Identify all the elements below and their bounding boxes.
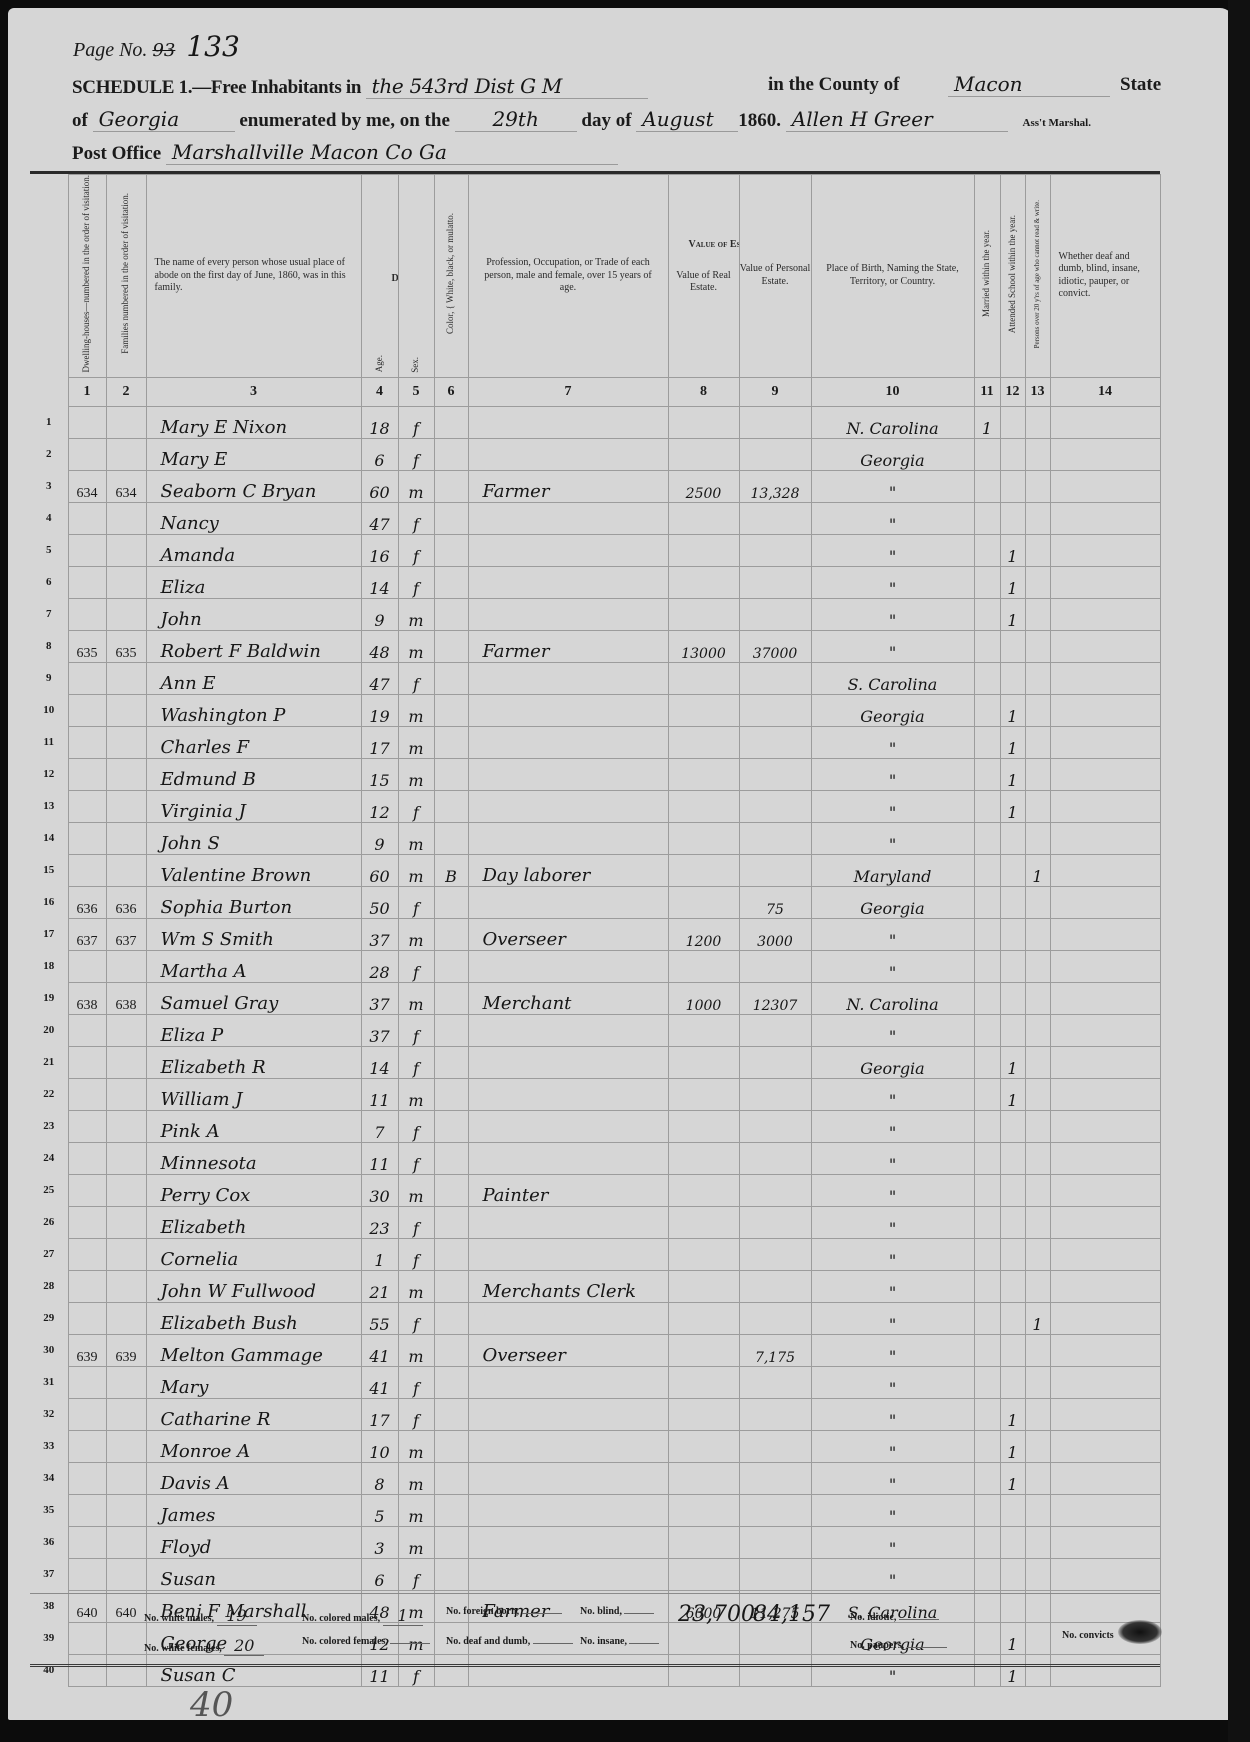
sex: m: [398, 1334, 434, 1366]
person-name: Floyd: [146, 1526, 361, 1558]
birthplace: ": [811, 1430, 974, 1462]
age: 41: [361, 1366, 398, 1398]
illiterate-mark: [1025, 1206, 1050, 1238]
sex: f: [398, 502, 434, 534]
occupation: [468, 438, 668, 470]
personal-estate-value: [739, 758, 811, 790]
line-number: 8: [30, 630, 68, 662]
illiterate-mark: [1025, 630, 1050, 662]
color: [434, 406, 468, 438]
condition: [1050, 662, 1160, 694]
school-mark: [1000, 918, 1025, 950]
illiterate-mark: 1: [1025, 1302, 1050, 1334]
age: 37: [361, 1014, 398, 1046]
color: [434, 1558, 468, 1590]
person-name: Mary E Nixon: [146, 406, 361, 438]
insane-summary: No. insane,: [580, 1636, 659, 1647]
person-name: Mary: [146, 1366, 361, 1398]
line-number: 19: [30, 982, 68, 1014]
age: 47: [361, 662, 398, 694]
real-estate-value: 1200: [668, 918, 739, 950]
personal-estate-value: [739, 950, 811, 982]
illiterate-mark: [1025, 1398, 1050, 1430]
real-estate-value: [668, 1366, 739, 1398]
family-number: [106, 1174, 146, 1206]
married-mark: [974, 1462, 1000, 1494]
family-number: [106, 854, 146, 886]
real-estate-value: [668, 1014, 739, 1046]
color: [434, 1462, 468, 1494]
occupation: [468, 886, 668, 918]
school-mark: [1000, 1494, 1025, 1526]
condition: [1050, 1462, 1160, 1494]
color: [434, 758, 468, 790]
colnum: 3: [146, 377, 361, 406]
married-mark: [974, 1302, 1000, 1334]
real-estate-value: [668, 1270, 739, 1302]
illiterate-mark: [1025, 662, 1050, 694]
real-estate-value: [668, 1206, 739, 1238]
sex: f: [398, 950, 434, 982]
line-number: 17: [30, 918, 68, 950]
illiterate-mark: [1025, 758, 1050, 790]
occupation: [468, 534, 668, 566]
occupation: [468, 1462, 668, 1494]
real-estate-value: [668, 758, 739, 790]
birthplace: Maryland: [811, 854, 974, 886]
sex: m: [398, 470, 434, 502]
line-number: 6: [30, 566, 68, 598]
table-row: 15Valentine Brown60mBDay laborerMaryland…: [30, 854, 1160, 886]
table-row: 9Ann E47fS. Carolina9: [30, 662, 1160, 694]
married-mark: [974, 630, 1000, 662]
colnum: 4: [361, 377, 398, 406]
school-mark: 1: [1000, 1462, 1025, 1494]
line-number: 22: [30, 1078, 68, 1110]
condition: [1050, 1206, 1160, 1238]
birthplace: ": [811, 1014, 974, 1046]
sex: f: [398, 1398, 434, 1430]
birthplace: ": [811, 1398, 974, 1430]
sex: f: [398, 1142, 434, 1174]
family-number: [106, 1398, 146, 1430]
line-number: 30: [30, 1334, 68, 1366]
occupation: Merchant: [468, 982, 668, 1014]
line-number: 14: [30, 822, 68, 854]
married-mark: [974, 726, 1000, 758]
color: [434, 598, 468, 630]
family-number: [106, 726, 146, 758]
header-family: Families numbered in the order of visita…: [106, 175, 146, 378]
dwelling-number: [68, 406, 106, 438]
table-row: 17637637Wm S Smith37mOverseer12003000"17: [30, 918, 1160, 950]
person-name: Samuel Gray: [146, 982, 361, 1014]
person-name: Ann E: [146, 662, 361, 694]
family-number: [106, 662, 146, 694]
condition: [1050, 758, 1160, 790]
married-mark: [974, 1110, 1000, 1142]
line-number: 25: [30, 1174, 68, 1206]
sex: m: [398, 1494, 434, 1526]
birthplace: Georgia: [811, 694, 974, 726]
birthplace: ": [811, 726, 974, 758]
colored-females-count: [390, 1643, 430, 1644]
person-name: John W Fullwood: [146, 1270, 361, 1302]
family-number: [106, 598, 146, 630]
illiterate-mark: [1025, 534, 1050, 566]
illiterate-mark: [1025, 406, 1050, 438]
family-number: 635: [106, 630, 146, 662]
personal-estate-value: [739, 502, 811, 534]
occupation: [468, 566, 668, 598]
real-estate-value: [668, 1174, 739, 1206]
dwelling-number: [68, 534, 106, 566]
sex: f: [398, 438, 434, 470]
married-mark: [974, 598, 1000, 630]
table-row: 21Elizabeth R14fGeorgia121: [30, 1046, 1160, 1078]
dwelling-number: [68, 1526, 106, 1558]
condition: [1050, 1014, 1160, 1046]
color: [434, 886, 468, 918]
person-name: Sophia Burton: [146, 886, 361, 918]
real-estate-value: [668, 1398, 739, 1430]
table-row: 36Floyd3m"36: [30, 1526, 1160, 1558]
married-mark: 1: [974, 406, 1000, 438]
person-name: Wm S Smith: [146, 918, 361, 950]
married-mark: [974, 1014, 1000, 1046]
tally-number: 40: [190, 1685, 233, 1725]
person-name: Elizabeth Bush: [146, 1302, 361, 1334]
family-number: 634: [106, 470, 146, 502]
personal-estate-value: [739, 1110, 811, 1142]
birthplace: ": [811, 918, 974, 950]
school-mark: [1000, 982, 1025, 1014]
illiterate-mark: [1025, 1430, 1050, 1462]
white-females-count: 20: [224, 1636, 264, 1656]
color: [434, 1366, 468, 1398]
condition: [1050, 726, 1160, 758]
birthplace: ": [811, 1302, 974, 1334]
county-field: Macon: [948, 72, 1110, 97]
line-number: 36: [30, 1526, 68, 1558]
family-number: 638: [106, 982, 146, 1014]
real-estate-value: [668, 886, 739, 918]
month-field: August: [636, 107, 738, 132]
married-mark: [974, 982, 1000, 1014]
married-mark: [974, 1206, 1000, 1238]
colnum: 6: [434, 377, 468, 406]
sex: m: [398, 758, 434, 790]
foreign-born-summary: No. foreign born,: [446, 1606, 562, 1617]
person-name: Perry Cox: [146, 1174, 361, 1206]
color: [434, 438, 468, 470]
age: 37: [361, 982, 398, 1014]
dwelling-number: [68, 662, 106, 694]
school-mark: [1000, 470, 1025, 502]
family-number: [106, 694, 146, 726]
school-mark: 1: [1000, 1398, 1025, 1430]
sex: f: [398, 886, 434, 918]
birthplace: Georgia: [811, 886, 974, 918]
person-name: Davis A: [146, 1462, 361, 1494]
color: [434, 918, 468, 950]
birthplace: ": [811, 630, 974, 662]
illiterate-mark: [1025, 1462, 1050, 1494]
real-estate-value: [668, 1526, 739, 1558]
table-row: 26Elizabeth23f"26: [30, 1206, 1160, 1238]
color: [434, 630, 468, 662]
illiterate-mark: [1025, 982, 1050, 1014]
age: 23: [361, 1206, 398, 1238]
line-number: 35: [30, 1494, 68, 1526]
personal-estate-value: [739, 406, 811, 438]
birthplace: ": [811, 1462, 974, 1494]
header-real-estate: Value of Estate Owned. Value of Real Est…: [668, 175, 739, 378]
occupation: [468, 950, 668, 982]
sex: f: [398, 1206, 434, 1238]
school-mark: [1000, 886, 1025, 918]
illiterate-mark: [1025, 438, 1050, 470]
age: 37: [361, 918, 398, 950]
family-number: [106, 1430, 146, 1462]
school-mark: 1: [1000, 1078, 1025, 1110]
white-females-summary: No. white females, 20: [144, 1636, 264, 1656]
age: 17: [361, 726, 398, 758]
line-number: 7: [30, 598, 68, 630]
personal-estate-value: [739, 790, 811, 822]
married-mark: [974, 1142, 1000, 1174]
dwelling-number: [68, 1206, 106, 1238]
school-mark: 1: [1000, 1046, 1025, 1078]
age: 55: [361, 1302, 398, 1334]
age: 28: [361, 950, 398, 982]
post-office-label: Post Office: [72, 143, 161, 164]
married-mark: [974, 662, 1000, 694]
person-name: Susan: [146, 1558, 361, 1590]
real-estate-value: [668, 1046, 739, 1078]
table-row: 8635635Robert F Baldwin48mFarmer13000370…: [30, 630, 1160, 662]
line-number: 37: [30, 1558, 68, 1590]
illiterate-mark: [1025, 950, 1050, 982]
line-number: 5: [30, 534, 68, 566]
illiterate-mark: [1025, 470, 1050, 502]
dwelling-number: 634: [68, 470, 106, 502]
table-row: 5Amanda16f"15: [30, 534, 1160, 566]
dwelling-number: [68, 1302, 106, 1334]
condition: [1050, 1526, 1160, 1558]
illiterate-mark: [1025, 1110, 1050, 1142]
occupation: [468, 1494, 668, 1526]
family-number: [106, 1110, 146, 1142]
table-row: 1Mary E Nixon18fN. Carolina11: [30, 406, 1160, 438]
condition: [1050, 1238, 1160, 1270]
family-number: [106, 1046, 146, 1078]
personal-estate-value: [739, 566, 811, 598]
married-mark: [974, 822, 1000, 854]
birthplace: ": [811, 1110, 974, 1142]
table-row: 34Davis A8m"134: [30, 1462, 1160, 1494]
column-numbers: 1 2 3 4 5 6 7 8 9 10 11 12 13 14: [30, 377, 1160, 406]
real-estate-value: [668, 822, 739, 854]
person-name: Robert F Baldwin: [146, 630, 361, 662]
table-row: 25Perry Cox30mPainter"25: [30, 1174, 1160, 1206]
illiterate-mark: [1025, 726, 1050, 758]
family-number: [106, 566, 146, 598]
age: 6: [361, 438, 398, 470]
condition: [1050, 1430, 1160, 1462]
age: 9: [361, 822, 398, 854]
family-number: [106, 1526, 146, 1558]
page-edge-shadow: [1228, 0, 1250, 1742]
line-number: 1: [30, 406, 68, 438]
color: [434, 1110, 468, 1142]
color: [434, 502, 468, 534]
married-mark: [974, 1334, 1000, 1366]
real-estate-value: [668, 1302, 739, 1334]
illiterate-mark: [1025, 822, 1050, 854]
colored-females-summary: No. colored females,: [302, 1636, 430, 1647]
real-estate-value: [668, 534, 739, 566]
deaf-dumb-summary: No. deaf and dumb,: [446, 1636, 573, 1647]
school-mark: 1: [1000, 534, 1025, 566]
colnum: 2: [106, 377, 146, 406]
dwelling-number: [68, 1238, 106, 1270]
line-number: 33: [30, 1430, 68, 1462]
condition: [1050, 886, 1160, 918]
age: 8: [361, 1462, 398, 1494]
school-mark: [1000, 822, 1025, 854]
condition: [1050, 406, 1160, 438]
dwelling-number: [68, 1494, 106, 1526]
sex: m: [398, 1430, 434, 1462]
table-row: 31Mary41f"31: [30, 1366, 1160, 1398]
married-mark: [974, 1398, 1000, 1430]
married-mark: [974, 1270, 1000, 1302]
real-estate-value: [668, 1334, 739, 1366]
person-name: Martha A: [146, 950, 361, 982]
real-estate-value: [668, 854, 739, 886]
person-name: Cornelia: [146, 1238, 361, 1270]
birthplace: ": [811, 790, 974, 822]
person-name: Nancy: [146, 502, 361, 534]
occupation: [468, 822, 668, 854]
personal-estate-value: [739, 1174, 811, 1206]
line-number: 23: [30, 1110, 68, 1142]
real-estate-value: [668, 1110, 739, 1142]
line-number: 15: [30, 854, 68, 886]
real-estate-value: 13000: [668, 630, 739, 662]
birthplace: ": [811, 758, 974, 790]
dwelling-number: 639: [68, 1334, 106, 1366]
marshal-name-field: Allen H Greer: [786, 107, 1008, 132]
birthplace: Georgia: [811, 1046, 974, 1078]
person-name: John: [146, 598, 361, 630]
table-row: 27Cornelia1f"27: [30, 1238, 1160, 1270]
table-row: 23Pink A7f"23: [30, 1110, 1160, 1142]
header-condition: Whether deaf and dumb, blind, insane, id…: [1050, 175, 1160, 378]
dwelling-number: 638: [68, 982, 106, 1014]
married-mark: [974, 1078, 1000, 1110]
dwelling-number: [68, 1014, 106, 1046]
sex: f: [398, 1302, 434, 1334]
enumeration-line: of Georgia enumerated by me, on the 29th…: [72, 107, 1091, 132]
school-mark: [1000, 406, 1025, 438]
personal-estate-value: [739, 694, 811, 726]
dwelling-number: [68, 502, 106, 534]
post-office-field: Marshallville Macon Co Ga: [166, 140, 618, 165]
personal-estate-value: 13,328: [739, 470, 811, 502]
age: 48: [361, 630, 398, 662]
person-name: Minnesota: [146, 1142, 361, 1174]
occupation: [468, 1014, 668, 1046]
occupation: [468, 1078, 668, 1110]
sex: m: [398, 630, 434, 662]
condition: [1050, 1398, 1160, 1430]
school-mark: [1000, 1206, 1025, 1238]
condition: [1050, 438, 1160, 470]
married-mark: [974, 886, 1000, 918]
dwelling-number: [68, 438, 106, 470]
color: [434, 1046, 468, 1078]
occupation: [468, 694, 668, 726]
condition: [1050, 1302, 1160, 1334]
age: 16: [361, 534, 398, 566]
personal-estate-value: [739, 438, 811, 470]
line-number: 31: [30, 1366, 68, 1398]
dwelling-number: [68, 726, 106, 758]
sex: f: [398, 1110, 434, 1142]
married-mark: [974, 1526, 1000, 1558]
sex: m: [398, 822, 434, 854]
estate-group-label: Value of Estate Owned.: [689, 239, 740, 252]
personal-estate-value: [739, 822, 811, 854]
year-label: 1860.: [738, 110, 781, 131]
birthplace: ": [811, 1270, 974, 1302]
line-number: 16: [30, 886, 68, 918]
family-number: [106, 1014, 146, 1046]
line-number: 11: [30, 726, 68, 758]
school-mark: [1000, 1014, 1025, 1046]
white-males-summary: No. white males, 19: [144, 1606, 257, 1626]
personal-estate-value: [739, 1494, 811, 1526]
occupation: [468, 662, 668, 694]
occupation: [468, 1206, 668, 1238]
married-mark: [974, 790, 1000, 822]
age: 14: [361, 566, 398, 598]
family-number: [106, 1302, 146, 1334]
personal-estate-value: [739, 662, 811, 694]
blind-summary: No. blind,: [580, 1606, 654, 1617]
page-number-struck: 93: [152, 40, 175, 61]
illiterate-mark: [1025, 1238, 1050, 1270]
family-number: [106, 534, 146, 566]
sex: m: [398, 918, 434, 950]
school-mark: [1000, 1366, 1025, 1398]
illiterate-mark: [1025, 1526, 1050, 1558]
line-number: 18: [30, 950, 68, 982]
age: 15: [361, 758, 398, 790]
schedule-label: SCHEDULE 1.—Free Inhabitants in: [72, 77, 361, 98]
dwelling-number: [68, 790, 106, 822]
real-estate-value: [668, 1142, 739, 1174]
school-mark: [1000, 1174, 1025, 1206]
sex: m: [398, 1526, 434, 1558]
color: [434, 790, 468, 822]
dwelling-number: [68, 1270, 106, 1302]
school-mark: 1: [1000, 758, 1025, 790]
occupation: [468, 1526, 668, 1558]
table-row: 20Eliza P37f"20: [30, 1014, 1160, 1046]
